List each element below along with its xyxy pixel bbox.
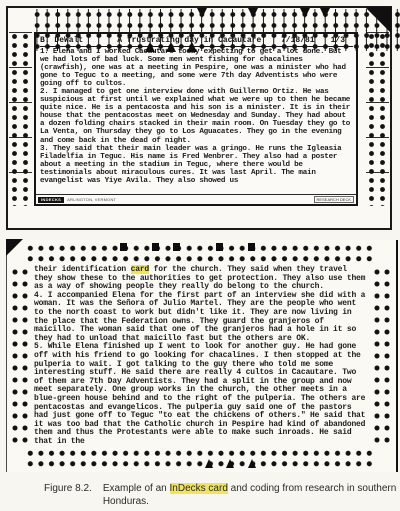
figure-caption-text: Example of an InDecks card and coding fr…: [103, 482, 400, 508]
punch-notch: [248, 243, 255, 251]
punch-notch: [226, 459, 234, 468]
indecks-card-2: their identification card for the church…: [6, 240, 398, 472]
note-paragraph-3: 3. They said that their main leader was …: [40, 145, 353, 185]
note-paragraph-4: 4. I accompanied Elena for the first par…: [34, 292, 367, 344]
manufacturer-address: ARLINGTON, VERMONT: [67, 197, 116, 202]
note-paragraph-5: 5. While Elena finished up I went to loo…: [34, 343, 367, 446]
punch-holes-right: [372, 266, 392, 445]
punch-notch: [300, 8, 310, 18]
card1-printed-footer: INDECKS ARLINGTON, VERMONT RESEARCH DECK: [36, 194, 356, 204]
punch-notch: [205, 459, 213, 468]
punch-notch: [248, 8, 258, 18]
punch-holes-bottom: [32, 30, 400, 51]
punch-notch: [216, 243, 223, 251]
punch-holes-right: [366, 32, 389, 206]
note-paragraph-1: 1. Elena and I worked Cacautare today ex…: [40, 48, 353, 88]
punch-holes-top: [25, 243, 376, 264]
caption-highlighted-phrase: InDecks card: [170, 483, 228, 494]
figure-number: Figure 8.2.: [44, 482, 92, 508]
punch-holes-top: [32, 9, 400, 31]
punch-notch: [248, 459, 256, 468]
note-paragraph-2: 2. I managed to get one interview done w…: [40, 88, 353, 144]
deck-type-label: RESEARCH DECK: [314, 196, 354, 203]
scanned-book-page: B. DeWalt A frustrating day in Cacautare…: [0, 0, 400, 511]
punch-notch: [152, 243, 159, 251]
punch-notch: [145, 42, 155, 52]
punch-notch: [173, 243, 180, 251]
indecks-card-1: B. DeWalt A frustrating day in Cacautare…: [6, 6, 392, 230]
punch-notch: [187, 42, 197, 52]
corner-cut-icon: [6, 239, 23, 256]
caption-pre: Example of an: [103, 483, 170, 494]
punch-holes-bottom: [25, 448, 376, 469]
punch-notch: [320, 8, 330, 18]
card2-typed-text: their identification card for the church…: [34, 266, 367, 446]
figure-caption: Figure 8.2. Example of an InDecks card a…: [44, 482, 400, 508]
card1-typed-text: 1. Elena and I worked Cacautare today ex…: [40, 48, 353, 185]
punch-notch: [197, 8, 207, 18]
punch-holes-left: [10, 266, 30, 445]
note-paragraph-continuation: their identification card for the church…: [34, 266, 367, 292]
punch-notch: [166, 42, 176, 52]
punch-notch: [120, 243, 127, 251]
card1-note-area: B. DeWalt A frustrating day in Cacautare…: [34, 32, 358, 206]
indecks-logo: INDECKS: [38, 197, 64, 203]
punch-holes-left: [9, 32, 32, 206]
